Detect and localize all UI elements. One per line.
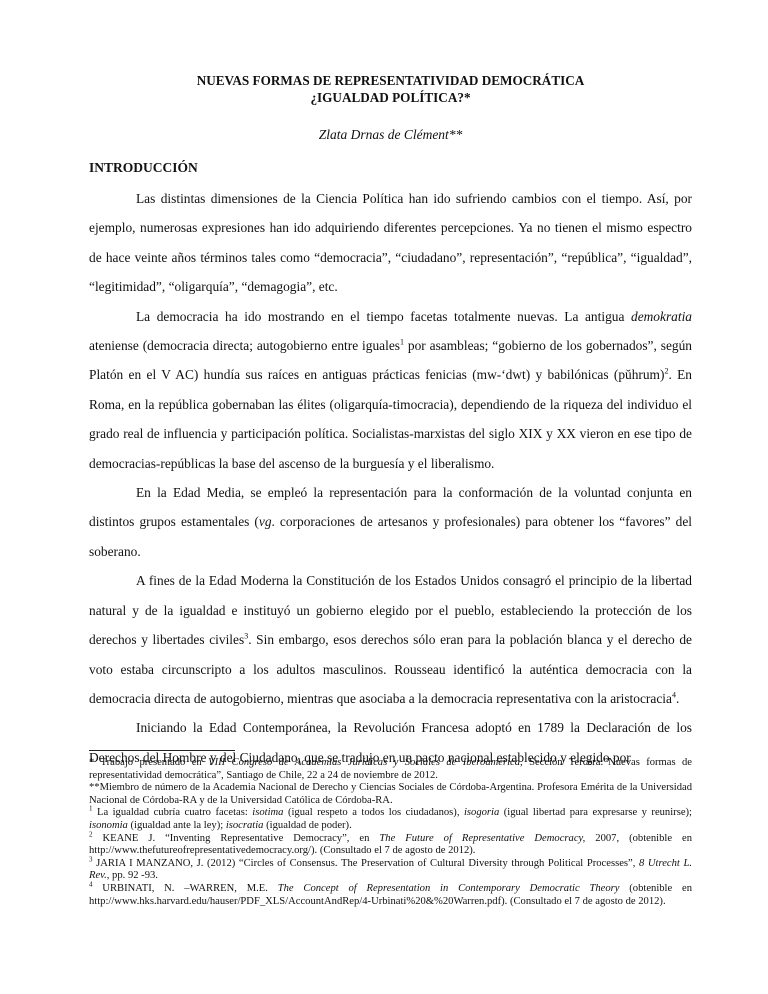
text-run: (igual libertad para expresarse y reunir…	[499, 807, 692, 818]
text-run: La democracia ha ido mostrando en el tie…	[136, 309, 631, 324]
paragraph-1: Las distintas dimensiones de la Ciencia …	[89, 184, 692, 302]
author-name: Zlata Drnas de Clément**	[89, 126, 692, 143]
text-run: (igual respeto a todos los ciudadanos),	[283, 807, 463, 818]
italic-term: vg	[259, 514, 272, 529]
italic-term: The Concept of Representation in Contemp…	[278, 883, 620, 894]
italic-term: isogoria	[464, 807, 499, 818]
section-heading: INTRODUCCIÓN	[89, 159, 198, 176]
italic-term: isotima	[252, 807, 283, 818]
footnote-separator	[89, 750, 235, 751]
document-title: NUEVAS FORMAS DE REPRESENTATIVIDAD DEMOC…	[89, 72, 692, 106]
footnote-4: 4 URBINATI, N. –WARREN, M.E. The Concept…	[89, 883, 692, 908]
text-run: KEANE J. “Inventing Representative Democ…	[93, 833, 380, 844]
footnotes: * Trabajo presentado en VIII Congreso de…	[89, 757, 692, 908]
italic-term: isonomia	[89, 820, 128, 831]
footnote-double-star: **Miembro de número de la Academia Nacio…	[89, 782, 692, 807]
text-run: URBINATI, N. –WARREN, M.E.	[93, 883, 278, 894]
footnote-star: * Trabajo presentado en VIII Congreso de…	[89, 757, 692, 782]
title-line-2: ¿IGUALDAD POLÍTICA?*	[89, 89, 692, 106]
text-run: ateniense (democracia directa; autogobie…	[89, 338, 400, 353]
italic-term: demokratia	[631, 309, 692, 324]
footnote-2: 2 KEANE J. “Inventing Representative Dem…	[89, 833, 692, 858]
italic-term: VIII Congreso de Academias Jurídicas y S…	[208, 757, 523, 768]
text-run: , pp. 92 -93.	[107, 870, 158, 881]
footnote-1: 1 La igualdad cubría cuatro facetas: iso…	[89, 807, 692, 832]
footnote-3: 3 JARIA I MANZANO, J. (2012) “Circles of…	[89, 858, 692, 883]
text-run: JARIA I MANZANO, J. (2012) “Circles of C…	[93, 858, 639, 869]
text-run: (igualdad ante la ley);	[128, 820, 226, 831]
paragraph-3: En la Edad Media, se empleó la represent…	[89, 478, 692, 566]
italic-term: The Future of Representative Democracy,	[379, 833, 585, 844]
body-text: Las distintas dimensiones de la Ciencia …	[89, 184, 692, 772]
text-run: (igualdad de poder).	[263, 820, 351, 831]
text-run: * Trabajo presentado en	[89, 757, 208, 768]
text-run: La igualdad cubría cuatro facetas:	[93, 807, 253, 818]
italic-term: isocratia	[226, 820, 264, 831]
text-run: .	[676, 691, 679, 706]
text-run: . En Roma, en la república gobernaban la…	[89, 367, 692, 470]
paragraph-2: La democracia ha ido mostrando en el tie…	[89, 302, 692, 478]
title-line-1: NUEVAS FORMAS DE REPRESENTATIVIDAD DEMOC…	[89, 72, 692, 89]
paragraph-4: A fines de la Edad Moderna la Constituci…	[89, 566, 692, 713]
